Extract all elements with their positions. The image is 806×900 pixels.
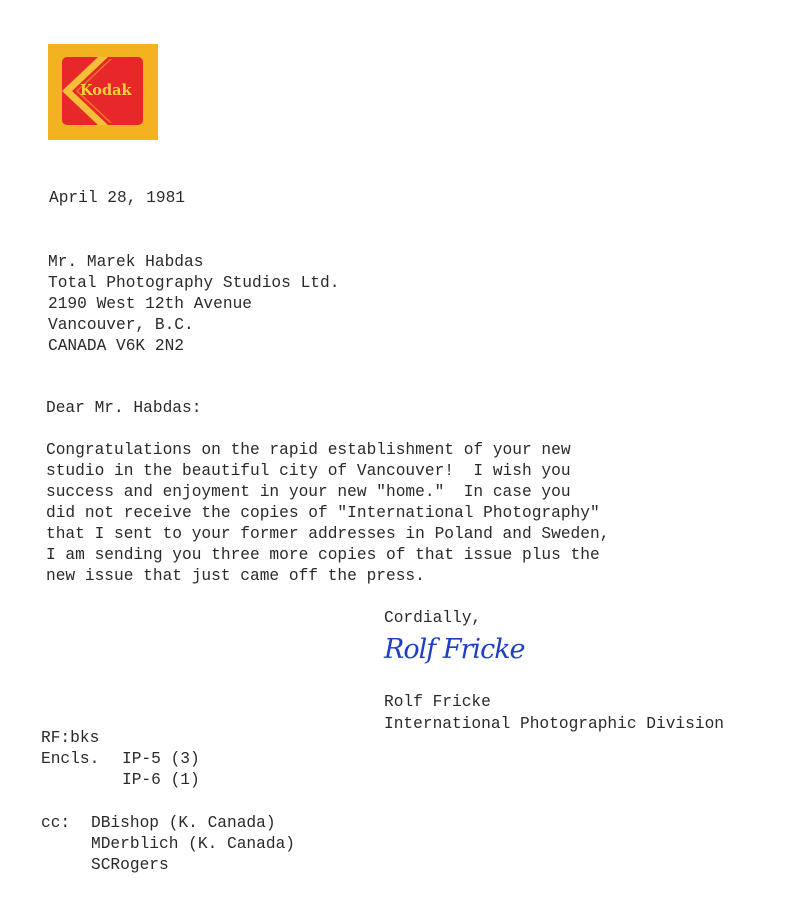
closing: Cordially, <box>384 608 481 629</box>
logo-text: Kodak <box>80 83 132 99</box>
recipient-line: 2190 West 12th Avenue <box>48 294 252 315</box>
body-line: that I sent to your former addresses in … <box>46 524 609 545</box>
recipient-line: CANADA V6K 2N2 <box>48 336 184 357</box>
signer-name: Rolf Fricke <box>384 692 491 713</box>
body-line: Congratulations on the rapid establishme… <box>46 440 571 461</box>
enclosure-item: IP-5 (3) <box>122 749 200 770</box>
salutation: Dear Mr. Habdas: <box>46 398 201 419</box>
enclosure-item: IP-6 (1) <box>122 770 200 791</box>
recipient-line: Vancouver, B.C. <box>48 315 194 336</box>
body-line: success and enjoyment in your new "home.… <box>46 482 571 503</box>
recipient-line: Total Photography Studios Ltd. <box>48 273 339 294</box>
body-line: I am sending you three more copies of th… <box>46 545 600 566</box>
recipient-line: Mr. Marek Habdas <box>48 252 203 273</box>
body-line: did not receive the copies of "Internati… <box>46 503 600 524</box>
letter-date: April 28, 1981 <box>49 188 185 209</box>
body-line: new issue that just came off the press. <box>46 566 425 587</box>
reference-initials: RF:bks <box>41 728 99 749</box>
enclosures-label: Encls. <box>41 749 99 770</box>
signer-title: International Photographic Division <box>384 714 724 735</box>
kodak-logo: Kodak <box>48 44 158 140</box>
body-line: studio in the beautiful city of Vancouve… <box>46 461 571 482</box>
cc-item: SCRogers <box>91 855 169 876</box>
cc-item: DBishop (K. Canada) <box>91 813 276 834</box>
handwritten-signature: Rolf Fricke <box>384 634 525 665</box>
cc-item: MDerblich (K. Canada) <box>91 834 295 855</box>
cc-label: cc: <box>41 813 70 834</box>
